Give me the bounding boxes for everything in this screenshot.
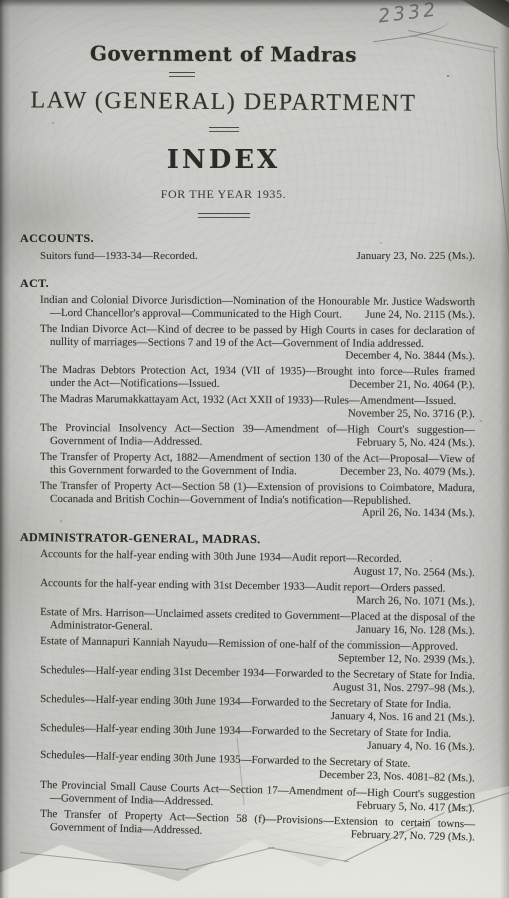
entry-reference: January 23, No. 225 (Ms.).	[344, 250, 475, 263]
index-entry: Estate of Mannapuri Kanniah Nayudu—Remis…	[28, 635, 475, 666]
entry-reference: December 21, No. 4064 (P.).	[337, 378, 475, 391]
entry-reference: December 23, Nos. 4081–82 (Ms.).	[307, 768, 475, 785]
index-entry: Schedules—Half-year ending 31st December…	[28, 664, 475, 695]
section-heading: ACCOUNTS.	[20, 231, 475, 246]
index-entry: Schedules—Half-year ending 30th June 193…	[28, 693, 475, 724]
entry-text: The Madras Marumakkattayam Act, 1932 (Ac…	[40, 393, 456, 407]
entry-reference: January 4, Nos. 16 and 21 (Ms.).	[319, 710, 475, 725]
index-section: ACCOUNTS.Suitors fund—1933-34—Recorded. …	[28, 231, 475, 263]
double-rule	[198, 213, 250, 218]
entry-reference: March 26, No. 1071 (Ms.).	[344, 594, 475, 608]
entry-reference: January 4, No. 16 (Ms.).	[355, 739, 475, 753]
entry-text: Suitors fund—1933-34—Recorded.	[40, 250, 198, 262]
entry-text: The Transfer of Property Act—Section 58 …	[40, 480, 475, 506]
entry-reference: November 25, No. 3716 (P.).	[336, 407, 475, 420]
entry-text: Schedules—Half-year ending 30th June 193…	[40, 693, 451, 711]
index-entry: The Transfer of Property Act—Section 58 …	[28, 480, 475, 520]
index-section: ADMINISTRATOR-GENERAL, MADRAS.Accounts f…	[28, 532, 475, 838]
section-heading: ADMINISTRATOR-GENERAL, MADRAS.	[20, 530, 475, 549]
index-entry: The Transfer of Property Act, 1882—Amend…	[28, 451, 475, 478]
government-title: Government of Madras	[28, 41, 419, 67]
year-subtitle: FOR THE YEAR 1935.	[28, 187, 419, 202]
entry-reference: December 4, No. 3844 (Ms.).	[333, 349, 475, 362]
index-entry: Estate of Mrs. Harrison—Unclaimed assets…	[28, 606, 475, 637]
entry-text: Accounts for the half-year ending with 3…	[40, 548, 402, 565]
entry-reference: September 12, No. 2939 (Ms.).	[326, 652, 475, 667]
index-entry: The Madras Debtors Protection Act, 1934 …	[28, 364, 475, 391]
entry-reference: August 31, Nos. 2797–98 (Ms.).	[320, 681, 475, 696]
index-entry: The Madras Marumakkattayam Act, 1932 (Ac…	[28, 393, 475, 420]
page-title: INDEX	[28, 145, 419, 175]
index-sections: ACCOUNTS.Suitors fund—1933-34—Recorded. …	[28, 231, 475, 838]
section-heading: ACT.	[20, 276, 475, 291]
index-entry: Schedules—Half-year ending 30th June 193…	[28, 722, 475, 753]
entry-text: The Indian Divorce Act—Kind of decree to…	[40, 322, 475, 349]
entry-text: Accounts for the half-year ending with 3…	[40, 577, 445, 595]
index-entry: Indian and Colonial Divorce Jurisdiction…	[28, 293, 475, 320]
entry-text: Schedules—Half-year ending 30th June 193…	[40, 749, 410, 770]
document-header: Government of Madras LAW (GENERAL) DEPAR…	[28, 42, 475, 218]
index-entry: The Indian Divorce Act—Kind of decree to…	[28, 322, 475, 362]
index-entry: Suitors fund—1933-34—Recorded. January 2…	[28, 250, 475, 263]
double-rule	[169, 72, 195, 77]
double-rule	[209, 127, 239, 132]
index-entry: Accounts for the half-year ending with 3…	[28, 548, 475, 579]
scanned-page: 2332 Government of Madras LAW (GENERAL) …	[0, 0, 509, 898]
index-section: ACT.Indian and Colonial Divorce Jurisdic…	[28, 276, 475, 520]
entry-text: Schedules—Half-year ending 30th June 193…	[40, 722, 451, 740]
entry-reference: December 23, No. 4079 (Ms.).	[328, 465, 475, 478]
entry-text: Schedules—Half-year ending 31st December…	[40, 664, 475, 682]
index-entry: Accounts for the half-year ending with 3…	[28, 577, 475, 608]
entry-text: Estate of Mannapuri Kanniah Nayudu—Remis…	[40, 635, 458, 653]
document-content: Government of Madras LAW (GENERAL) DEPAR…	[0, 0, 509, 898]
entry-reference: June 24, No. 2115 (Ms.).	[353, 308, 475, 321]
entry-reference: August 17, No. 2564 (Ms.).	[341, 565, 475, 579]
index-entry: The Provincial Insolvency Act—Section 39…	[28, 422, 475, 449]
entry-reference: February 5, No. 424 (Ms.).	[344, 436, 475, 449]
department-title: LAW (GENERAL) DEPARTMENT	[28, 87, 419, 117]
entry-reference: April 26, No. 1434 (Ms.).	[350, 507, 475, 520]
entry-reference: January 16, No. 128 (Ms.).	[344, 623, 475, 637]
